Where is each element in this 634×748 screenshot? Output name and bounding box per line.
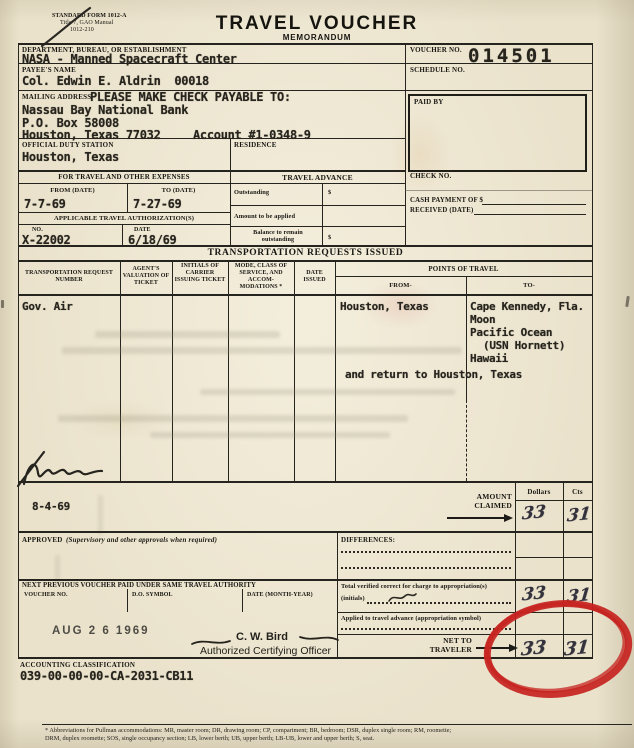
rule (335, 276, 592, 277)
bleedthrough-artifact (150, 432, 390, 438)
rule (592, 43, 593, 658)
rule (228, 260, 229, 481)
next-previous-title: NEXT PREVIOUS VOUCHER PAID UNDER SAME TR… (22, 582, 342, 589)
rule (466, 276, 467, 400)
col-carrier-initials: INITIALS OF CARRIER ISSUING TICKET (173, 263, 227, 284)
bleedthrough-artifact (98, 495, 103, 535)
rule (405, 190, 592, 191)
rule (322, 183, 323, 245)
residence-label: RESIDENCE (234, 141, 277, 149)
rule (230, 226, 405, 227)
rule (242, 589, 243, 612)
col-mode-class: MODE, CLASS OF SERVICE, AND ACCOM- MODAT… (230, 263, 292, 291)
rule (18, 212, 230, 213)
dotted-line (341, 551, 511, 553)
rule (466, 400, 467, 481)
advance-outstanding-label: Outstanding (234, 189, 269, 196)
advance-header: TRAVEL ADVANCE (230, 173, 405, 182)
rule (18, 531, 592, 533)
authorization-date-value: 6/18/69 (128, 233, 176, 247)
bleedthrough-artifact (200, 389, 455, 395)
duty-station-value: Houston, Texas (22, 150, 119, 164)
cash-payment-label: CASH PAYMENT OF $ (410, 197, 483, 204)
dollars-header: Dollars (515, 488, 563, 496)
col-agents-valuation: AGENT'S VALUATION OF TICKET (121, 266, 171, 287)
department-value: NASA - Manned Spacecraft Center (22, 52, 237, 66)
amount-claimed-label: AMOUNT CLAIMED (440, 493, 512, 510)
paid-by-label: PAID BY (414, 98, 443, 106)
transportation-title: TRANSPORTATION REQUESTS ISSUED (18, 248, 593, 258)
scan-speck (1, 300, 4, 308)
footnote-line1: * Abbreviations for Pullman accommodatio… (45, 727, 629, 735)
entry-to-2: Moon (470, 313, 495, 326)
rule (18, 579, 592, 581)
duty-station-label: OFFICIAL DUTY STATION (22, 141, 114, 149)
advance-outstanding-sign: $ (328, 189, 331, 196)
certifying-name: C. W. Bird (236, 631, 288, 643)
amount-claimed-cents: 31 (566, 504, 592, 527)
mailing-account: Account #1-0348-9 (193, 128, 311, 142)
total-verified-label: Total verified correct for charge to app… (341, 583, 513, 590)
col-request-number: TRANSPORTATION REQUEST NUMBER (20, 270, 118, 284)
scan-speck (625, 296, 630, 307)
from-date-value: 7-7-69 (24, 197, 66, 211)
rule (515, 557, 592, 558)
col-points-of-travel: POINTS OF TRAVEL (335, 265, 592, 273)
prev-date-label: DATE (MONTH-YEAR) (247, 592, 313, 599)
to-date-value: 7-27-69 (133, 197, 181, 211)
initials-scribble (386, 591, 420, 605)
approved-label: APPROVED (22, 536, 63, 544)
entry-to-5: Hawaii (470, 352, 508, 365)
entry-to-3: Pacific Ocean (470, 326, 552, 339)
col-date-issued: DATE ISSUED (295, 270, 334, 284)
rule (18, 43, 19, 658)
expenses-header: FOR TRAVEL AND OTHER EXPENSES (18, 173, 230, 181)
payee-label: PAYEE'S NAME (22, 66, 76, 74)
mailing-address-label: MAILING ADDRESS (22, 93, 91, 101)
do-symbol-label: D.O. SYMBOL (132, 592, 173, 599)
rule (18, 183, 230, 184)
rule (294, 260, 295, 481)
net-to-traveler-label: NET TO TRAVELER (416, 637, 472, 654)
rule (42, 724, 632, 725)
col-to: TO- (467, 282, 591, 289)
certifying-title: Authorized Certifying Officer (168, 645, 363, 657)
rule (230, 138, 231, 170)
pen-slash (38, 4, 94, 48)
footnote-line2: DRM, duplex roomette; SOS, single occupa… (45, 735, 629, 743)
form-title: TRAVEL VOUCHER (167, 13, 467, 35)
schedule-no-label: SCHEDULE NO. (410, 66, 465, 74)
rule (18, 260, 592, 262)
differences-label: DIFFERENCES: (341, 536, 395, 544)
advance-balance-label: Balance to remain outstanding (238, 229, 318, 243)
col-from: FROM- (336, 282, 465, 289)
rule (335, 260, 336, 481)
from-date-label: FROM (DATE) (18, 187, 127, 194)
mailing-note: PLEASE MAKE CHECK PAYABLE TO: (90, 90, 291, 104)
rule (405, 43, 406, 245)
rule (122, 224, 123, 245)
red-highlight-circle (478, 596, 634, 706)
payee-value: Col. Edwin E. Aldrin 00018 (22, 74, 209, 88)
mailing-line1: Nassau Bay National Bank (22, 103, 188, 117)
mailing-line3: Houston, Texas 77032 (22, 128, 161, 142)
rule (230, 183, 405, 184)
entry-from: Houston, Texas (340, 300, 429, 313)
signature (10, 446, 128, 490)
rule (230, 205, 405, 206)
form-subtitle: MEMORANDUM (167, 33, 467, 42)
entry-to-1: Cape Kennedy, Fla. (470, 300, 584, 313)
authorization-header: APPLICABLE TRAVEL AUTHORIZATION(S) (18, 215, 230, 222)
approved-note: (Supervisory and other approvals when re… (66, 536, 217, 544)
received-date-label: RECEIVED (DATE) (410, 207, 474, 214)
check-no-label: CHECK NO. (410, 172, 451, 180)
authorization-no-value: X-22002 (22, 233, 70, 247)
dotted-line (341, 567, 511, 569)
entry-to-4: (USN Hornett) (483, 339, 565, 352)
date-stamp: AUG 2 6 1969 (52, 625, 150, 637)
prev-voucher-no-label: VOUCHER NO. (24, 592, 68, 599)
accounting-label: ACCOUNTING CLASSIFICATION (20, 661, 135, 669)
rule (18, 294, 592, 296)
rule (127, 589, 128, 612)
cts-header: Cts (563, 488, 592, 496)
rule (18, 224, 230, 225)
voucher-no-label: VOUCHER NO. (410, 46, 462, 54)
flourish-right (298, 632, 340, 644)
bleedthrough-artifact (62, 347, 462, 354)
rule (515, 500, 592, 501)
advance-balance-sign: $ (328, 234, 331, 241)
initials-label: (initials) (341, 595, 365, 602)
to-date-label: TO (DATE) (127, 187, 230, 194)
advance-applied-label: Amount to be applied (234, 213, 295, 220)
rule (474, 214, 586, 215)
bleedthrough-artifact (58, 415, 408, 422)
rule (482, 204, 586, 205)
entry-request-number: Gov. Air (22, 300, 73, 313)
amount-claimed-dollars: 33 (521, 502, 547, 525)
entry-return-line: and return to Houston, Texas (345, 368, 522, 381)
voucher-no-value: 014501 (468, 45, 555, 67)
signature-date: 8-4-69 (32, 500, 70, 513)
travel-voucher-document: STANDARD FORM 1012-A Title 7, GAO Manual… (0, 0, 634, 748)
bleedthrough-artifact (95, 331, 280, 338)
accounting-value: 039-00-00-00-CA-2031-CB11 (20, 669, 193, 683)
amount-claimed-arrow (447, 517, 505, 519)
rule (172, 260, 173, 481)
